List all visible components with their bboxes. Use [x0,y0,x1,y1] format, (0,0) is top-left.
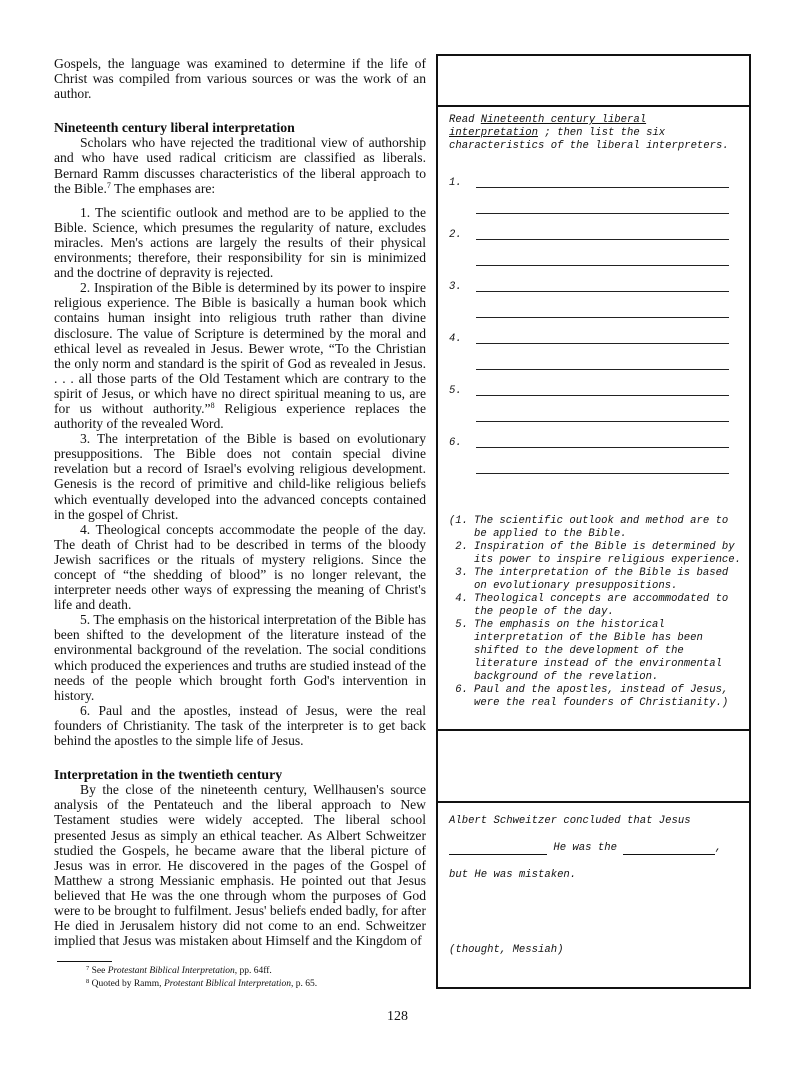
answer-key: (1.The scientific outlook and method are… [441,515,746,710]
emphasis-point-2: 2. Inspiration of the Bible is determine… [54,280,426,431]
page-number: 128 [387,1009,408,1025]
blank-row[interactable] [449,461,739,487]
section1-intro: Scholars who have rejected the tradition… [54,135,426,195]
blank-thought[interactable] [449,842,547,855]
blank-line[interactable] [476,395,729,396]
schweitzer-exercise: Albert Schweitzer concluded that Jesus H… [449,812,744,882]
blank-row[interactable]: 5. [449,383,739,409]
panel-divider-top [438,105,749,107]
blank-row[interactable] [449,201,739,227]
study-guide-panel: Read Nineteenth century liberal interpre… [436,54,751,989]
section-heading-twentieth-century: Interpretation in the twentieth century [54,767,426,782]
blank-row[interactable]: 1. [449,175,739,201]
schweitzer-line-3: but He was mistaken. [449,855,744,882]
schweitzer-line-1: Albert Schweitzer concluded that Jesus [449,812,744,828]
blank-row[interactable] [449,253,739,279]
section-heading-nineteenth-century: Nineteenth century liberal interpretatio… [54,120,426,135]
emphasis-point-1: 1. The scientific outlook and method are… [54,205,426,280]
footnote-8: 8 Quoted by Ramm, Protestant Biblical In… [86,978,416,991]
answer-item: 5.The emphasis on the historical interpr… [441,619,746,684]
blank-line[interactable] [476,265,729,266]
answer-item: 4.Theological concepts are accommodated … [441,593,746,619]
blank-line[interactable] [476,369,729,370]
blank-messiah[interactable] [623,842,715,855]
exercise-instruction: Read Nineteenth century liberal interpre… [449,114,739,153]
answer-item: 3.The interpretation of the Bible is bas… [441,567,746,593]
panel-divider-lower [438,801,749,803]
blank-line[interactable] [476,317,729,318]
blank-row[interactable]: 2. [449,227,739,253]
emphasis-point-4: 4. Theological concepts accommodate the … [54,522,426,613]
emphasis-point-5: 5. The emphasis on the historical interp… [54,612,426,703]
section2-paragraph: By the close of the nineteenth century, … [54,782,426,948]
footnote-divider [57,961,112,962]
workbook-page: Gospels, the language was examined to de… [0,0,799,1066]
blank-line[interactable] [476,421,729,422]
blank-row[interactable]: 3. [449,279,739,305]
intro-paragraph: Gospels, the language was examined to de… [54,56,426,101]
blank-line[interactable] [476,291,729,292]
answer-item: 6.Paul and the apostles, instead of Jesu… [441,684,746,710]
blank-row[interactable]: 6. [449,435,739,461]
schweitzer-line-2: He was the , [449,828,744,855]
blank-row[interactable] [449,305,739,331]
answer-item: 2.Inspiration of the Bible is determined… [441,541,746,567]
blank-line[interactable] [476,187,729,188]
characteristics-blank-list: 1. 2. 3. 4. 5. 6. [449,175,739,487]
blank-line[interactable] [476,473,729,474]
blank-line[interactable] [476,343,729,344]
emphasis-point-6: 6. Paul and the apostles, instead of Jes… [54,703,426,748]
blank-line[interactable] [476,447,729,448]
blank-row[interactable]: 4. [449,331,739,357]
panel-divider-middle [438,729,749,731]
schweitzer-answer: (thought, Messiah) [449,944,563,957]
main-text-column: Gospels, the language was examined to de… [54,56,426,948]
blank-row[interactable] [449,357,739,383]
answer-item: (1.The scientific outlook and method are… [441,515,746,541]
footnotes: 7 See Protestant Biblical Interpretation… [86,965,416,990]
emphasis-point-3: 3. The interpretation of the Bible is ba… [54,431,426,522]
footnote-7: 7 See Protestant Biblical Interpretation… [86,965,416,978]
blank-row[interactable] [449,409,739,435]
blank-line[interactable] [476,213,729,214]
blank-line[interactable] [476,239,729,240]
